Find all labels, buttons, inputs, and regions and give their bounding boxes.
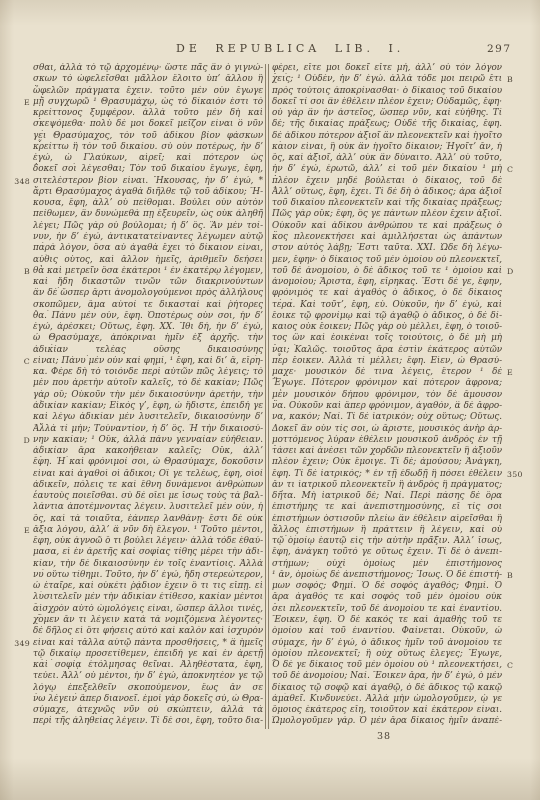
text-line: κα. Φέρε δὴ τὸ τοιόνδε περὶ αὐτῶν πῶς λέ… — [33, 367, 263, 378]
text-line: οὐ γὰρ ἂν ἦν ἀστεῖος, ὥσπερ νῦν, καὶ εὐή… — [272, 108, 502, 119]
text-line: μὲν μουσικὸν δήπου φρόνιμον, τὸν δὲ ἄμου… — [272, 390, 502, 401]
text-line: να, κακόν; Ναί. Τί δὲ ἰατρικόν; οὐχ οὕτω… — [272, 412, 502, 423]
text-line: αὖθις οὗτος, καὶ ἄλλον ἡμεῖς, ἀριθμεῖν δ… — [33, 255, 263, 266]
text-line: τῷ δικαίῳ προσετίθεμεν, ἐπειδή γε καὶ ἐν… — [33, 649, 263, 660]
stephanus-ref: D — [23, 435, 30, 446]
text-line: μαχε· μουσικὸν δέ τινα λέγεις, ἕτερον ¹ … — [272, 367, 502, 378]
text-line: τῷ ὁμοίῳ ἑαυτῷ εἰς τὴν αὐτὴν πρᾶξιν. Ἀλλ… — [272, 536, 502, 547]
stephanus-ref: C — [507, 660, 513, 671]
text-line: λέγει; Πῶς γὰρ οὐ βούλομαι; ἦ δ’ ὅς. Ἂν … — [33, 221, 263, 232]
text-line: πλέον ἔχειν; Οὐκ ἔμοιγε. Τί δέ; ἀμούσου;… — [272, 457, 502, 468]
text-line: ἄρτι Θρασύμαχος ἀγαθὰ διῆλθε τῷ τοῦ ἀδίκ… — [33, 187, 263, 198]
text-line: νυν, ἦν δ’ ἐγώ, ἀντικατατείναντες λέγωμε… — [33, 232, 263, 243]
text-line: πλέον ἔχειν μηδὲ βούλεται ὁ δίκαιος, τοῦ… — [272, 176, 502, 187]
stephanus-ref: D — [507, 266, 514, 277]
stephanus-ref: B — [507, 74, 513, 85]
text-line: ἔφη, οὐκ ἀγνοῶ ὅ τι βούλει λέγειν· ἀλλὰ … — [33, 536, 263, 547]
text-line: δοκεῖ τί σοι ἂν ἐθέλειν πλέον ἔχειν; Οὐδ… — [272, 97, 502, 108]
text-line: ὠφελῶν πράγματα ἔχειν. τοῦτο μὲν οὖν ἔγω… — [33, 86, 263, 97]
text-line: δὲ δῆλος εἶ ὅτι φήσεις αὐτὸ καὶ καλὸν κα… — [33, 626, 263, 637]
text-line: λυσιτελεῖν μὲν τὴν ἀδικίαν ἐτίθεσο, κακί… — [33, 592, 263, 603]
text-line: γει Θρασύμαχος, τὸν τοῦ ἀδίκου βίον φάσκ… — [33, 131, 263, 142]
column-left: σθαι, ἀλλὰ τὸ τῷ ἀρχομένῳ· ὥστε πᾶς ἂν ὁ… — [33, 63, 263, 731]
stephanus-ref: 350 — [507, 469, 523, 480]
text-line: φρόνιμός τε καὶ ἀγαθὸς ὁ ἄδικος, ὁ δὲ δί… — [272, 288, 502, 299]
text-line: ὦ Θρασύμαχε, ἀπόκριναι ἡμῖν ἐξ ἀρχῆς. τὴ… — [33, 333, 263, 344]
text-line: ἀνομοίου; Ἄριστα, ἔφη, εἴρηκας. Ἔστι δέ … — [272, 277, 502, 288]
text-line: μοττόμενος λύραν ἐθέλειν μουσικοῦ ἀνδρὸς… — [272, 435, 502, 446]
stephanus-ref: C — [507, 164, 513, 175]
margin-left: E348BCDE349 — [0, 63, 30, 731]
text-line: λόγῳ ἐπεξελθεῖν σκοπούμενον, ἕως ἄν σε ὑ… — [33, 683, 263, 694]
text-line: ἐγώ, ὦ Γλαύκων, αἱρεῖ; καὶ πότερον ὡς ἀλ… — [33, 153, 263, 164]
stephanus-ref: 349 — [14, 638, 30, 649]
text-line: ἦν δ’ ἐγώ, ἐρωτῶ, ἀλλ’ εἰ τοῦ μὲν δικαίο… — [272, 164, 502, 175]
text-line: αἰσχρὸν αὐτὸ ὡμολόγεις εἶναι, ὥσπερ ἄλλο… — [33, 604, 263, 615]
text-line: δέ; τῆς δικαίας πράξεως; Οὐδὲ τῆς δικαία… — [272, 119, 502, 130]
stephanus-ref: E — [24, 97, 30, 108]
text-line: Πῶς γὰρ οὔκ; ἔφη, ὅς γε πάντων πλέον ἔχε… — [272, 209, 502, 220]
text-line: μέν που ἀρετὴν αὐτοῖν καλεῖς, τὸ δὲ κακί… — [33, 378, 263, 389]
text-line: τοῦ δὲ ἀνομοίου; Ναί. Ἔοικεν ἄρα, ἦν δ’ … — [272, 671, 502, 682]
text-line: κουσα, ἔφη, ἀλλ’ οὐ πείθομαι. Βούλει οὖν… — [33, 198, 263, 209]
margin-right: BCDE350BC — [505, 63, 539, 731]
text-line: ἔοικε τῷ φρονίμῳ καὶ τῷ ἀγαθῷ ὁ ἄδικος, … — [272, 311, 502, 322]
text-line: καὶ σοφίᾳ ἐτόλμησας θεῖναι. Ἀληθέστατα, … — [33, 660, 263, 671]
text-line: ὅμοιος ἑκάτερος εἴη, τοιοῦτον καὶ ἑκάτερ… — [272, 705, 502, 716]
text-line: σκοπῶμεν, ἅμα αὐτοί τε δικασταὶ καὶ ῥήτο… — [33, 300, 263, 311]
text-line: καὶ ἤδη δικαστῶν τινῶν τῶν διακρινούντων… — [33, 277, 263, 288]
stephanus-ref: E — [24, 525, 30, 536]
text-line: τεύει. Ἀλλ’ οὐ μέντοι, ἦν δ’ ἐγώ, ἀποκνη… — [33, 671, 263, 682]
text-line: νω λέγειν ἅπερ διανοεῖ. ἐμοὶ γὰρ δοκεῖς … — [33, 694, 263, 705]
sheet-signature: 38 — [377, 731, 391, 742]
text-line: ἀδικίαν κακίαν; Εἰκός γ’, ἔφη, ὦ ἥδιστε,… — [33, 401, 263, 412]
text-line: Ἔγωγε. Πότερον φρόνιμον καὶ πότερον ἄφρο… — [272, 378, 502, 389]
text-line: ὁμοίου καὶ τοῦ ἐναντίου. Φαίνεται. Οὐκοῦ… — [272, 626, 502, 637]
text-line: καιος οὐκ ἔοικεν; Πῶς γὰρ οὐ μέλλει, ἔφη… — [272, 322, 502, 333]
text-line: σθαι, ἀλλὰ τὸ τῷ ἀρχομένῳ· ὥστε πᾶς ἂν ὁ… — [33, 63, 263, 74]
text-line: στήμων; οὐχὶ ὁμοίως μὲν ἐπιστήμονος πλεο… — [272, 559, 502, 570]
text-line: ἑαυτοὺς ποιεῖσθαι. σὺ δὲ οἴει με ἴσως το… — [33, 491, 263, 502]
text-line: Ἀλλὰ τί μήν; Τοὐναντίον, ἦ δ’ ὅς. Ἦ τὴν … — [33, 424, 263, 435]
text-line: μεν, ἔφην· ὁ δίκαιος τοῦ μὲν ὁμοίου οὐ π… — [272, 255, 502, 266]
text-line: ὅς, καὶ ἀξιοῖ, ἀλλ’ οὐκ ἂν δύναιτο. Ἀλλ’… — [272, 153, 502, 164]
text-line: ἔφη. Ἦ καὶ φρόνιμοί σοι, ὦ Θρασύμαχε, δο… — [33, 457, 263, 468]
text-line: πείθωμεν, ἂν δυνώμεθά πῃ ἐξευρεῖν, ὡς οὐ… — [33, 209, 263, 220]
column-right: φέρει, εἴτε μοι δοκεῖ εἴτε μή, ἀλλ’ οὐ τ… — [272, 63, 502, 731]
text-line: κρείττονος ξυμφέρον. ἀλλὰ τοῦτο μὲν δὴ κ… — [33, 108, 263, 119]
text-line: μῇ συγχωρῶ ¹ Θρασυμάχῳ, ὡς τὸ δίκαιόν ἐσ… — [33, 97, 263, 108]
scanned-book-page: DE REPUBLICA LIB. I. 297 E348BCDE349 σθα… — [0, 0, 540, 800]
text-line: να. Οὐκοῦν καὶ ἅπερ φρόνιμον, ἀγαθόν, ἃ … — [272, 401, 502, 412]
text-line: ἐγώ, ἀρέσκει; Οὕτως, ἔφη. XX. Ἴθι δή, ἦν… — [33, 322, 263, 333]
text-line: ὦ ἑταῖρε, καὶ οὐκέτι ῥᾴδιον ἔχειν ὅ τι τ… — [33, 581, 263, 592]
text-line: σει πλεονεκτεῖν, τοῦ δὲ ἀνομοίου τε καὶ … — [272, 604, 502, 615]
text-line: Ὡμολογοῦμεν γάρ. Ὁ μὲν ἄρα δίκαιος ἡμῖν … — [272, 716, 502, 727]
text-line: περὶ τῆς ἀληθείας λέγειν. Τί δέ σοι, ἔφη… — [33, 716, 263, 727]
text-line: Ὁ δέ γε δίκαιος τοῦ μὲν ὁμοίου οὐ ¹ πλεο… — [272, 660, 502, 671]
text-line: κος πλεονεκτήσει καὶ ἁμιλλήσεται ὡς ἁπάν… — [272, 232, 502, 243]
text-line: νην κακίαν; ¹ Οὔκ, ἀλλὰ πάνυ γενναίαν εὐ… — [33, 435, 263, 446]
text-line: γὰρ οὔ; Οὐκοῦν τὴν μὲν δικαιοσύνην ἀρετή… — [33, 390, 263, 401]
text-line: καιον εἶναι, ἢ οὐκ ἂν ἡγοῖτο δίκαιον; Ἡγ… — [272, 142, 502, 153]
text-line: ἐπιστήμης τε καὶ ἀνεπιστημοσύνης, εἴ τίς… — [272, 502, 502, 513]
text-line: δοκεῖ σοι λέγεσθαι; Τὸν τοῦ δικαίου ἔγωγ… — [33, 164, 263, 175]
text-line: ἀδικίαν ἄρα κακοήθειαν καλεῖς; Οὔκ, ἀλλ’… — [33, 446, 263, 457]
text-line: εἶναι; Πάνυ μὲν οὖν καὶ φημί, ¹ ἔφη, καὶ… — [33, 356, 263, 367]
text-line: σιτελέστερον βίον εἶναι. Ἤκουσας, ἦν δ’ … — [33, 176, 263, 187]
text-line: σύμαχε, ἀτεχνῶς νῦν οὐ σκώπτειν, ἀλλὰ τὰ… — [33, 705, 263, 716]
stephanus-ref: B — [507, 570, 513, 581]
text-line: τοῦ δικαίου πλεονεκτεῖν καὶ τῆς δικαίας … — [272, 198, 502, 209]
text-line: Ἔοικεν, ἔφη. Ὁ δὲ κακός τε καὶ ἀμαθὴς το… — [272, 615, 502, 626]
text-line: ἀμαθεῖ. Κινδυνεύει. Ἀλλὰ μὴν ὡμολογοῦμεν… — [272, 694, 502, 705]
text-line: κίαν, τὴν δὲ δικαιοσύνην ἐν τοῖς ἐναντίο… — [33, 559, 263, 570]
stephanus-ref: E — [507, 367, 513, 378]
text-line: εἶναι καὶ τἄλλα αὐτῷ πάντα προσθήσεις, *… — [33, 638, 263, 649]
text-line: ὅς, καὶ τὰ τοιαῦτα, ἐάνπερ λανθάνῃ· ἔστι… — [33, 514, 263, 525]
column-divider-rule — [265, 64, 269, 729]
text-line: στον αὐτὸς λάβῃ; Ἔστι ταῦτα. XXI. Ὧδε δὴ… — [272, 243, 502, 254]
text-line: καὶ λέγω ἀδικίαν μὲν λυσιτελεῖν, δικαιοσ… — [33, 412, 263, 423]
text-line: σκων τὸ ὠφελεῖσθαι μᾶλλον ἕλοιτο ὑπ’ ἄλλ… — [33, 74, 263, 85]
text-line: δίκαιος τῷ σοφῷ καὶ ἀγαθῷ, ὁ δὲ ἄδικος τ… — [272, 683, 502, 694]
text-line: δὲ ἀδίκου πότερον ἀξιοῖ ἂν πλεονεκτεῖν κ… — [272, 131, 502, 142]
running-title: DE REPUBLICA LIB. I. — [176, 42, 404, 55]
text-line: ναι; Καλῶς. τοιοῦτος ἄρα ἐστὶν ἑκάτερος … — [272, 345, 502, 356]
text-line: τος ὢν καὶ ἐοικέναι τοῖς τοιούτοις, ὁ δὲ… — [272, 333, 502, 344]
text-line: μασα, εἰ ἐν ἀρετῆς καὶ σοφίας τίθης μέρε… — [33, 547, 263, 558]
text-line: ἔφη. Τί δὲ ἰατρικός; * ἐν τῇ ἐδωδῇ ἢ πόσ… — [272, 469, 502, 480]
text-line: ἐπιστήμων ὁστισοῦν πλείω ἂν ἐθέλειν αἱρε… — [272, 514, 502, 525]
text-line: ἀδικίαν τελέας οὔσης δικαιοσύνης λυσιτελ… — [33, 345, 263, 356]
text-line: πρὸς τούτοις ἀποκρίνασθαι· ὁ δίκαιος τοῦ… — [272, 86, 502, 97]
text-line: θὰ καὶ μετρεῖν ὅσα ἑκάτεροι ¹ ἐν ἑκατέρῳ… — [33, 266, 263, 277]
text-line: χομεν ἄν τι λέγειν κατὰ τὰ νομιζόμενα λέ… — [33, 615, 263, 626]
text-line: ἄν τι ἰατρικοῦ πλεονεκτεῖν ἢ ἀνδρὸς ἢ πρ… — [272, 480, 502, 491]
text-line: τάσει καὶ ἀνέσει τῶν χορδῶν πλεονεκτεῖν … — [272, 446, 502, 457]
text-line: ἔφη, ἀνάγκη τοῦτό γε οὕτως ἔχειν. Τί δὲ … — [272, 547, 502, 558]
text-line: εἶναι καὶ ἀγαθοὶ οἱ ἄδικοι; Οἵ γε τελέως… — [33, 469, 263, 480]
text-line: κρείττω ἢ τὸν τοῦ δικαίου. σὺ οὖν ποτέρω… — [33, 142, 263, 153]
text-line: φέρει, εἴτε μοι δοκεῖ εἴτε μή, ἀλλ’ οὐ τ… — [272, 63, 502, 74]
text-line: νυ οὕτω τίθημι. Τοῦτο, ἦν δ’ ἐγώ, ἤδη στ… — [33, 570, 263, 581]
text-line: σύμαχε, ἦν δ’ ἐγώ, ὁ ἄδικος ἡμῖν τοῦ ἀνο… — [272, 638, 502, 649]
text-line: παρὰ λόγον, ὅσα αὖ ἀγαθὰ ἔχει τὸ δίκαιον… — [33, 243, 263, 254]
text-line: λάντια ἀποτέμνοντας λέγειν. λυσιτελεῖ μὲ… — [33, 502, 263, 513]
stephanus-ref: 348 — [14, 176, 30, 187]
stephanus-ref: C — [24, 356, 30, 367]
text-line: θα. Πάνυ μὲν οὖν, ἔφη. Ὁποτέρως οὖν σοι,… — [33, 311, 263, 322]
text-line: ὁμοίου πλεονεκτεῖ; ἢ οὐχ οὕτως ἔλεγες; Ἔ… — [272, 649, 502, 660]
text-line: σκεψόμεθα· πολὺ δέ μοι δοκεῖ μεῖζον εἶνα… — [33, 119, 263, 130]
text-line: μων σοφός; Φημί. Ὁ δὲ σοφὸς ἀγαθός; Φημί… — [272, 581, 502, 592]
text-line: Ἀλλ’ οὕτως, ἔφη, ἔχει. Τί δὲ δὴ ὁ ἄδικος… — [272, 187, 502, 198]
text-line: τερα. Καὶ τοῦτ’, ἔφη, εὖ. Οὐκοῦν, ἦν δ’ … — [272, 300, 502, 311]
text-line: δῆτα. Μὴ ἰατρικοῦ δέ; Ναί. Περὶ πάσης δὲ… — [272, 491, 502, 502]
page-number: 297 — [487, 43, 512, 55]
stephanus-ref: B — [24, 266, 30, 277]
text-line: Δοκεῖ ἂν οὖν τίς σοι, ὦ ἄριστε, μουσικὸς… — [272, 424, 502, 435]
text-line: ἀδικεῖν, πόλεις τε καὶ ἔθνη δυνάμενοι ἀν… — [33, 480, 263, 491]
text-line: περ ἔοικεν. Ἀλλὰ τί μέλλει; ἔφη. Εἶεν, ὦ… — [272, 356, 502, 367]
text-line: ἄλλος ἐπιστήμων ἢ πράττειν ἢ λέγειν, καὶ… — [272, 525, 502, 536]
text-line: ἄρα ἀγαθός τε καὶ σοφὸς τοῦ μὲν ὁμοίου ο… — [272, 592, 502, 603]
text-line: Οὐκοῦν καὶ ἀδίκου ἀνθρώπου τε καὶ πράξεω… — [272, 221, 502, 232]
text-line: τοῦ δὲ ἀνομοίου, ὁ δὲ ἄδικος τοῦ τε ¹ ὁμ… — [272, 266, 502, 277]
text-line: ¹ ἄν, ὁμοίως δὲ ἀνεπιστήμονος; Ἴσως. Ὁ δ… — [272, 570, 502, 581]
text-line: ἄξια λόγου, ἀλλ’ ἃ νῦν δὴ ἔλεγον. ¹ Τοῦτ… — [33, 525, 263, 536]
text-line: χεις; ¹ Οὐδέν, ἦν δ’ ἐγώ. ἀλλὰ τόδε μοι … — [272, 74, 502, 85]
text-line: ἂν δὲ ὥσπερ ἄρτι ἀνομολογούμενοι πρὸς ἀλ… — [33, 288, 263, 299]
